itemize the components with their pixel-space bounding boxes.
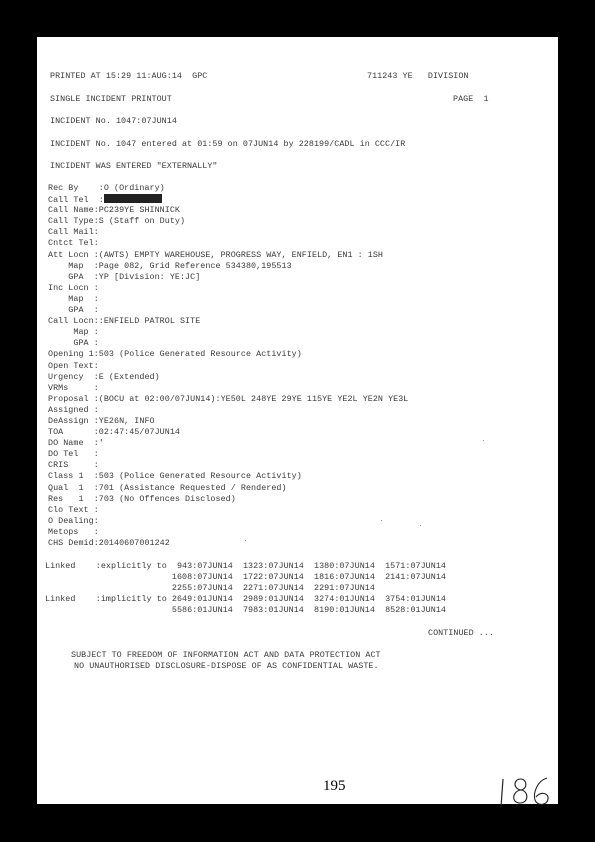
field-label: Rec By (48, 183, 99, 193)
field-row: Urgency :E (Extended) (48, 372, 408, 383)
field-value: :YE26N, INFO (94, 416, 155, 426)
field-label: Inc Locn (48, 283, 94, 293)
field-value: :PC239YE SHINNICK (94, 205, 180, 215)
field-value: : (94, 227, 99, 237)
field-value: :20140607001242 (94, 538, 170, 548)
field-row: Open Text: (48, 361, 408, 372)
field-row: Map : (48, 327, 408, 338)
field-value: :S (Staff on Duty) (94, 216, 185, 226)
field-row: Cntct Tel: (48, 238, 408, 249)
field-value: : (94, 516, 99, 526)
field-label: Map (48, 261, 94, 271)
field-value: : (94, 527, 99, 537)
document-title: SINGLE INCIDENT PRINTOUT (50, 94, 172, 105)
division-label: 711243 YE DIVISION (367, 71, 469, 82)
field-value: :' (94, 438, 104, 448)
field-label: Res 1 (48, 494, 94, 504)
field-value: :E (Extended) (94, 372, 160, 382)
incident-fields: Rec By :O (Ordinary)Call Tel :Call Name:… (48, 183, 408, 549)
field-label: CHS Demid (48, 538, 94, 548)
field-row: Map :Page 082, Grid Reference 534380,195… (48, 261, 408, 272)
linked-row: Linked :implicitly to 2649:01JUN14 2989:… (45, 594, 446, 605)
field-row: Qual 1 :701 (Assistance Requested / Rend… (48, 483, 408, 494)
field-label: Urgency (48, 372, 94, 382)
field-value: :703 (No Offences Disclosed) (94, 494, 236, 504)
incident-entered: INCIDENT No. 1047 entered at 01:59 on 07… (50, 139, 405, 150)
field-label: Open Text (48, 361, 94, 371)
field-label: Cntct Tel (48, 238, 94, 248)
field-label: Map (48, 327, 94, 337)
incident-number: INCIDENT No. 1047:07JUN14 (50, 116, 177, 127)
field-row: Call Name:PC239YE SHINNICK (48, 205, 408, 216)
field-label: DeAssign (48, 416, 94, 426)
notice-line-1: SUBJECT TO FREEDOM OF INFORMATION ACT AN… (71, 650, 381, 661)
field-row: Att Locn :(AWTS) EMPTY WAREHOUSE, PROGRE… (48, 250, 408, 261)
redacted-block (104, 194, 162, 203)
linked-incidents: Linked :explicitly to 943:07JUN14 1323:0… (45, 561, 446, 616)
field-label: GPA (48, 272, 94, 282)
field-row: TOA :02:47:45/07JUN14 (48, 427, 408, 438)
field-row: Call Locn::ENFIELD PATROL SITE (48, 316, 408, 327)
field-value: :503 (Police Generated Resource Activity… (94, 471, 302, 481)
entered-externally: INCIDENT WAS ENTERED "EXTERNALLY" (50, 161, 218, 172)
field-value: : (94, 238, 99, 248)
field-value: : (94, 361, 99, 371)
field-label: Call Name (48, 205, 94, 215)
field-value: : (94, 294, 99, 304)
field-label: VRMs (48, 383, 94, 393)
field-label: CRIS (48, 460, 94, 470)
field-row: O Dealing: (48, 516, 408, 527)
document-page: PRINTED AT 15:29 11:AUG:14 GPC 711243 YE… (37, 37, 558, 804)
field-label: Assigned (48, 405, 94, 415)
field-label: TOA (48, 427, 94, 437)
page-label: PAGE 1 (453, 94, 489, 105)
linked-row: 5586:01JUN14 7983:01JUN14 8190:01JUN14 8… (45, 605, 446, 616)
field-value: :(AWTS) EMPTY WAREHOUSE, PROGRESS WAY, E… (94, 250, 383, 260)
field-value: :YP [Division: YE:JC] (94, 272, 201, 282)
linked-row: 1608:07JUN14 1722:07JUN14 1816:07JUN14 2… (45, 572, 446, 583)
field-row: Proposal :(BOCU at 02:00/07JUN14):YE50L … (48, 394, 408, 405)
field-row: Call Type:S (Staff on Duty) (48, 216, 408, 227)
field-row: Call Tel : (48, 194, 408, 205)
field-row: Metops : (48, 527, 408, 538)
field-value: : (94, 338, 99, 348)
field-value: :O (Ordinary) (99, 183, 165, 193)
field-row: Class 1 :503 (Police Generated Resource … (48, 471, 408, 482)
field-value: :503 (Police Generated Resource Activity… (94, 349, 302, 359)
field-row: DeAssign :YE26N, INFO (48, 416, 408, 427)
field-value: : (94, 449, 99, 459)
field-row: Inc Locn : (48, 283, 408, 294)
field-row: VRMs : (48, 383, 408, 394)
field-label: Opening 1 (48, 349, 94, 359)
field-value: : (94, 505, 99, 515)
field-label: DO Name (48, 438, 94, 448)
field-value: :(BOCU at 02:00/07JUN14):YE50L 248YE 29Y… (94, 394, 409, 404)
field-row: Res 1 :703 (No Offences Disclosed) (48, 494, 408, 505)
field-row: GPA : (48, 338, 408, 349)
field-row: Opening 1:503 (Police Generated Resource… (48, 349, 408, 360)
field-label: Call Locn (48, 316, 94, 326)
field-label: Call Tel (48, 195, 99, 205)
field-row: DO Tel : (48, 449, 408, 460)
field-label: GPA (48, 305, 94, 315)
field-label: GPA (48, 338, 94, 348)
field-label: O Dealing (48, 516, 94, 526)
field-value: :701 (Assistance Requested / Rendered) (94, 483, 287, 493)
field-value: : (94, 305, 99, 315)
field-label: Att Locn (48, 250, 94, 260)
field-value: : (94, 460, 99, 470)
field-row: CHS Demid:20140607001242 (48, 538, 408, 549)
handwritten-page-number (497, 775, 557, 809)
field-row: Assigned : (48, 405, 408, 416)
field-row: GPA : (48, 305, 408, 316)
field-value: : (94, 405, 99, 415)
field-value: : (94, 383, 99, 393)
field-label: Proposal (48, 394, 94, 404)
field-label: Metops (48, 527, 94, 537)
linked-row: Linked :explicitly to 943:07JUN14 1323:0… (45, 561, 446, 572)
field-row: DO Name :' (48, 438, 408, 449)
field-label: Clo Text (48, 505, 94, 515)
field-value: :Page 082, Grid Reference 534380,195513 (94, 261, 292, 271)
printed-at: PRINTED AT 15:29 11:AUG:14 GPC (50, 71, 207, 82)
field-label: Class 1 (48, 471, 94, 481)
field-label: DO Tel (48, 449, 94, 459)
field-value: ::ENFIELD PATROL SITE (94, 316, 201, 326)
page-number: 195 (323, 778, 346, 795)
field-row: Clo Text : (48, 505, 408, 516)
continued-label: CONTINUED ... (428, 628, 494, 639)
field-label: Call Mail (48, 227, 94, 237)
linked-row: 2255:07JUN14 2271:07JUN14 2291:07JUN14 (45, 583, 446, 594)
field-label: Qual 1 (48, 483, 94, 493)
field-row: Call Mail: (48, 227, 408, 238)
field-value: : (94, 283, 99, 293)
field-row: Rec By :O (Ordinary) (48, 183, 408, 194)
field-row: Map : (48, 294, 408, 305)
notice-line-2: NO UNAUTHORISED DISCLOSURE-DISPOSE OF AS… (74, 661, 379, 672)
field-row: CRIS : (48, 460, 408, 471)
field-value: : (94, 327, 99, 337)
field-value: :02:47:45/07JUN14 (94, 427, 180, 437)
field-label: Map (48, 294, 94, 304)
field-label: Call Type (48, 216, 94, 226)
field-row: GPA :YP [Division: YE:JC] (48, 272, 408, 283)
